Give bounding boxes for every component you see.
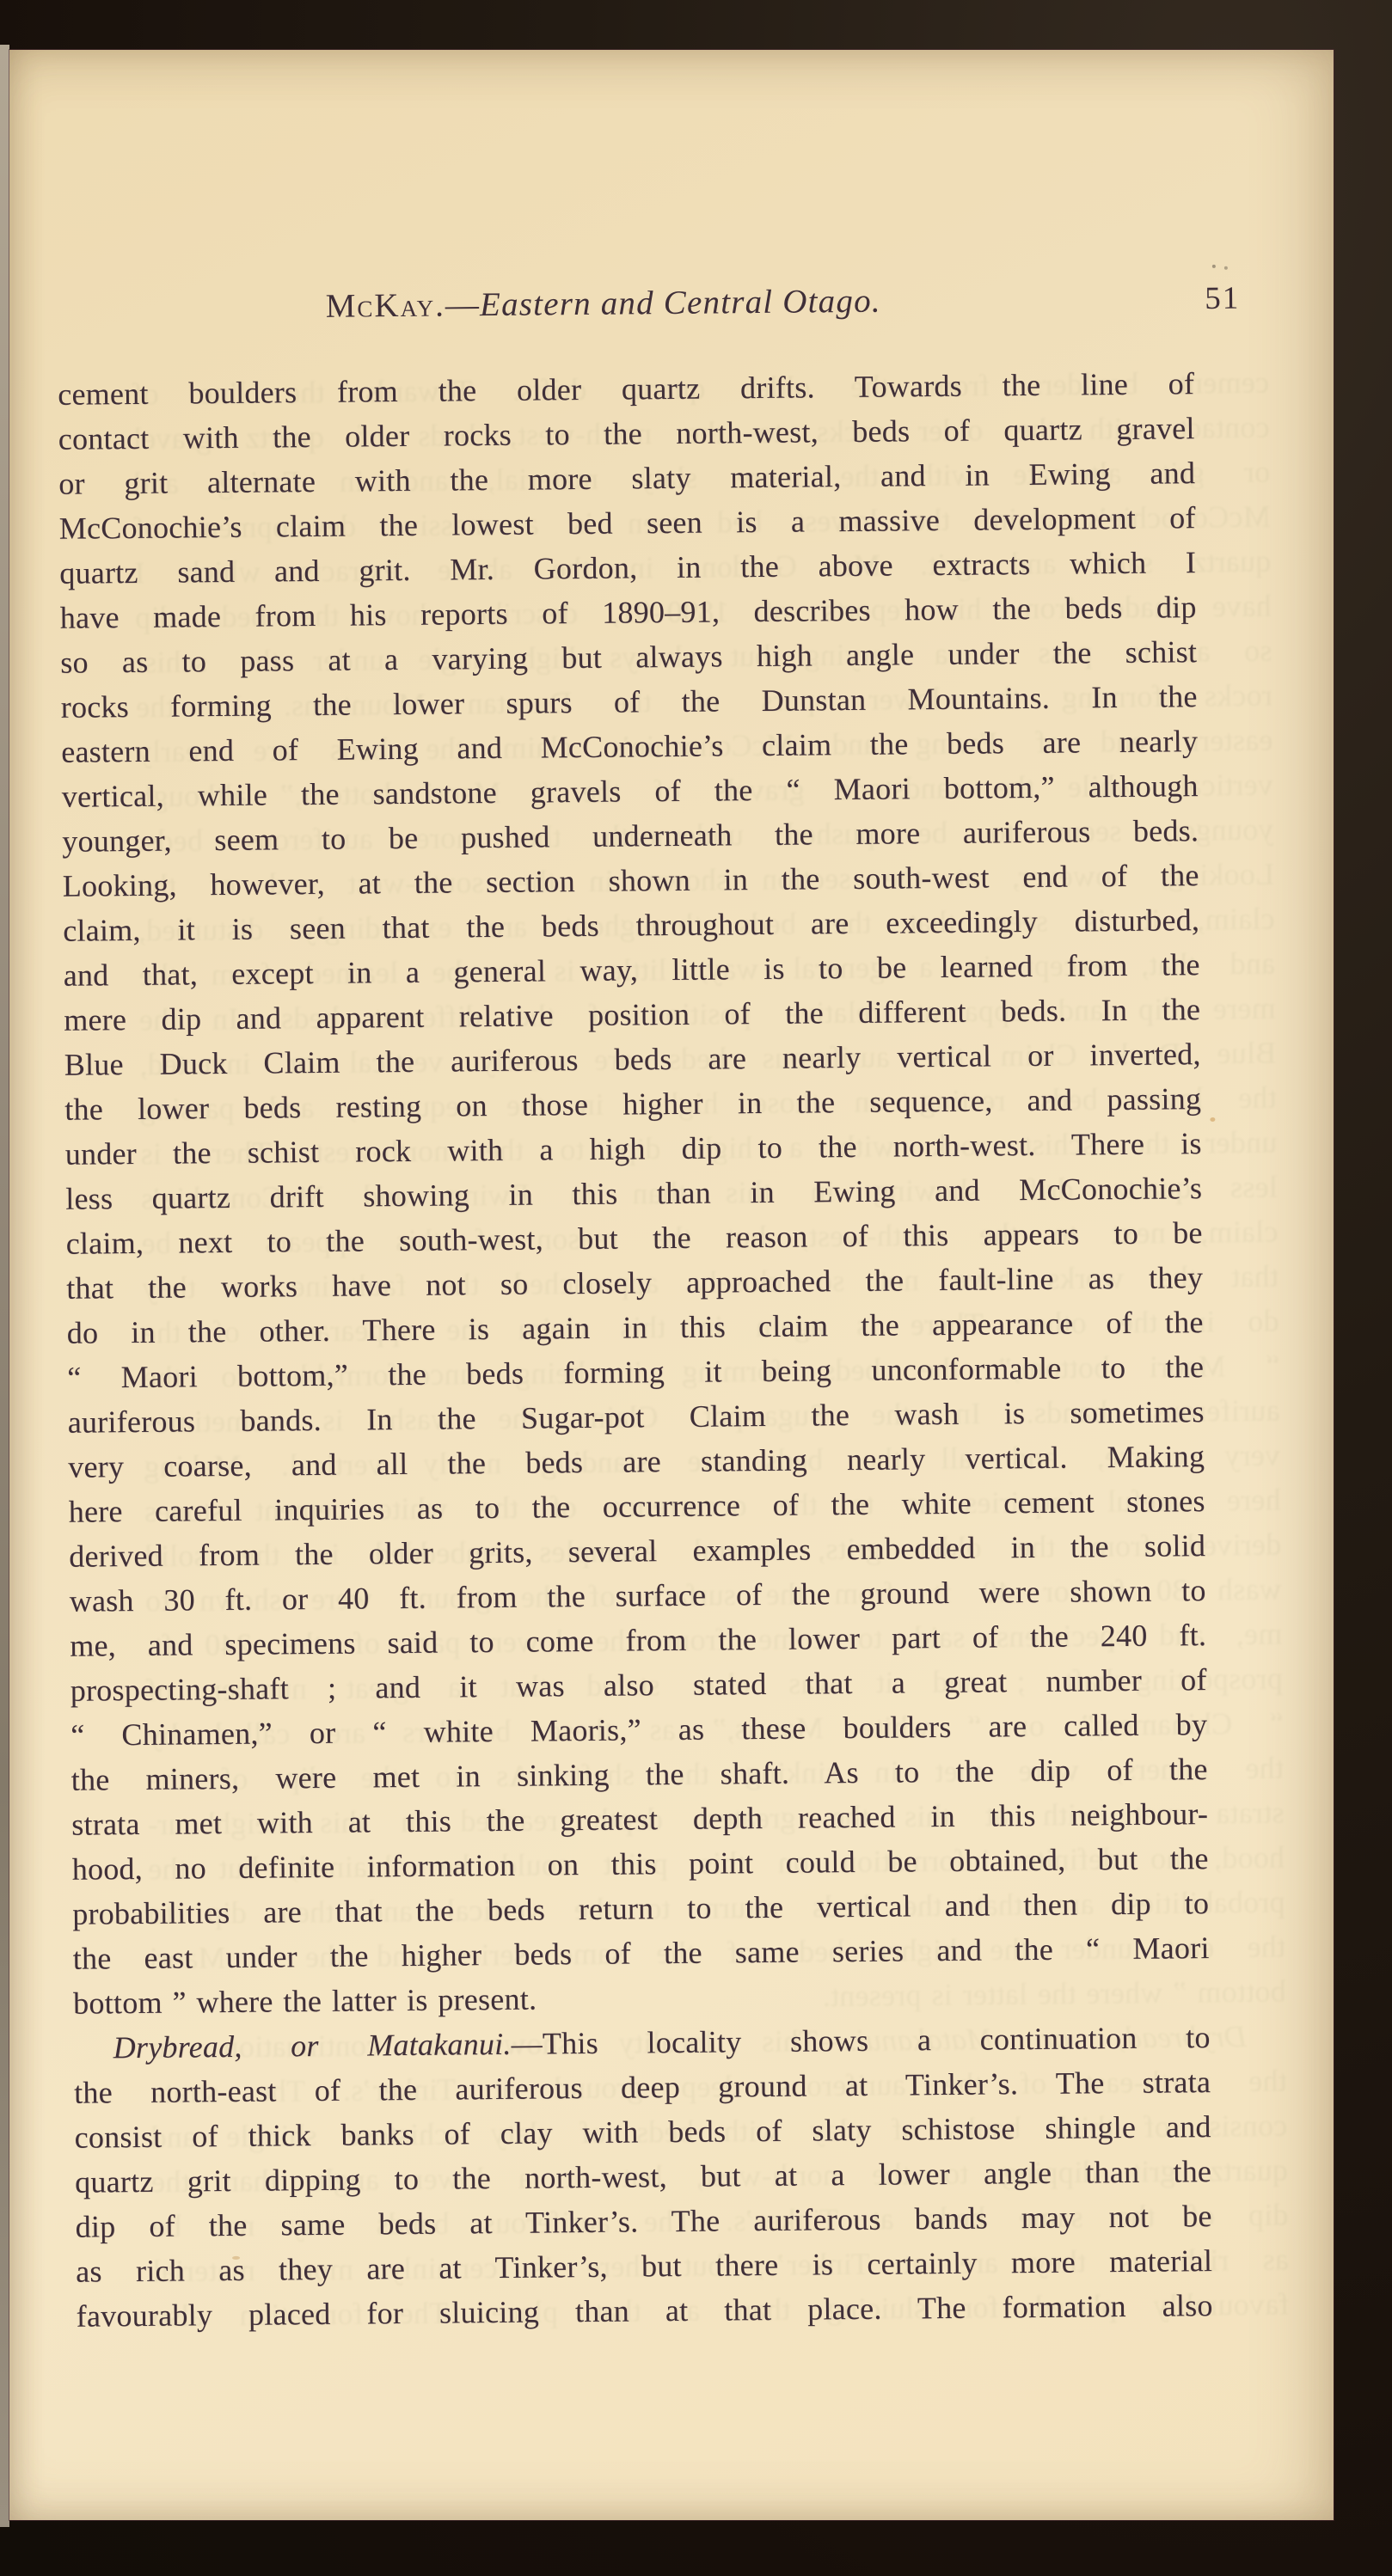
chapter-title: Eastern and Central Otago. [480, 283, 881, 323]
header-separator: — [445, 286, 481, 323]
page-content: McKay.—Eastern and Central Otago. 51 cem… [0, 44, 1347, 2527]
foxing-spot [232, 2256, 240, 2260]
foxing-spot [628, 308, 632, 312]
body-text: cement boulders from the older quartz dr… [58, 361, 1213, 2339]
paragraph: Drybread, or Matakanui.—This locality sh… [73, 2015, 1212, 2339]
book-page: cement boulders from the older quartz dr… [9, 50, 1334, 2520]
header-title: McKay.—Eastern and Central Otago. [57, 279, 1150, 328]
show-through-marks [1212, 265, 1216, 268]
paragraph: cement boulders from the older quartz dr… [58, 361, 1210, 2026]
italic-lead: Drybread, or Matakanui. [113, 2027, 512, 2065]
photo-background: cement boulders from the older quartz dr… [0, 0, 1392, 2576]
foxing-spot [1210, 1117, 1215, 1122]
page-number: 51 [1205, 280, 1240, 317]
running-header: McKay.—Eastern and Central Otago. 51 [57, 278, 1240, 336]
author-name: McKay. [326, 286, 446, 324]
